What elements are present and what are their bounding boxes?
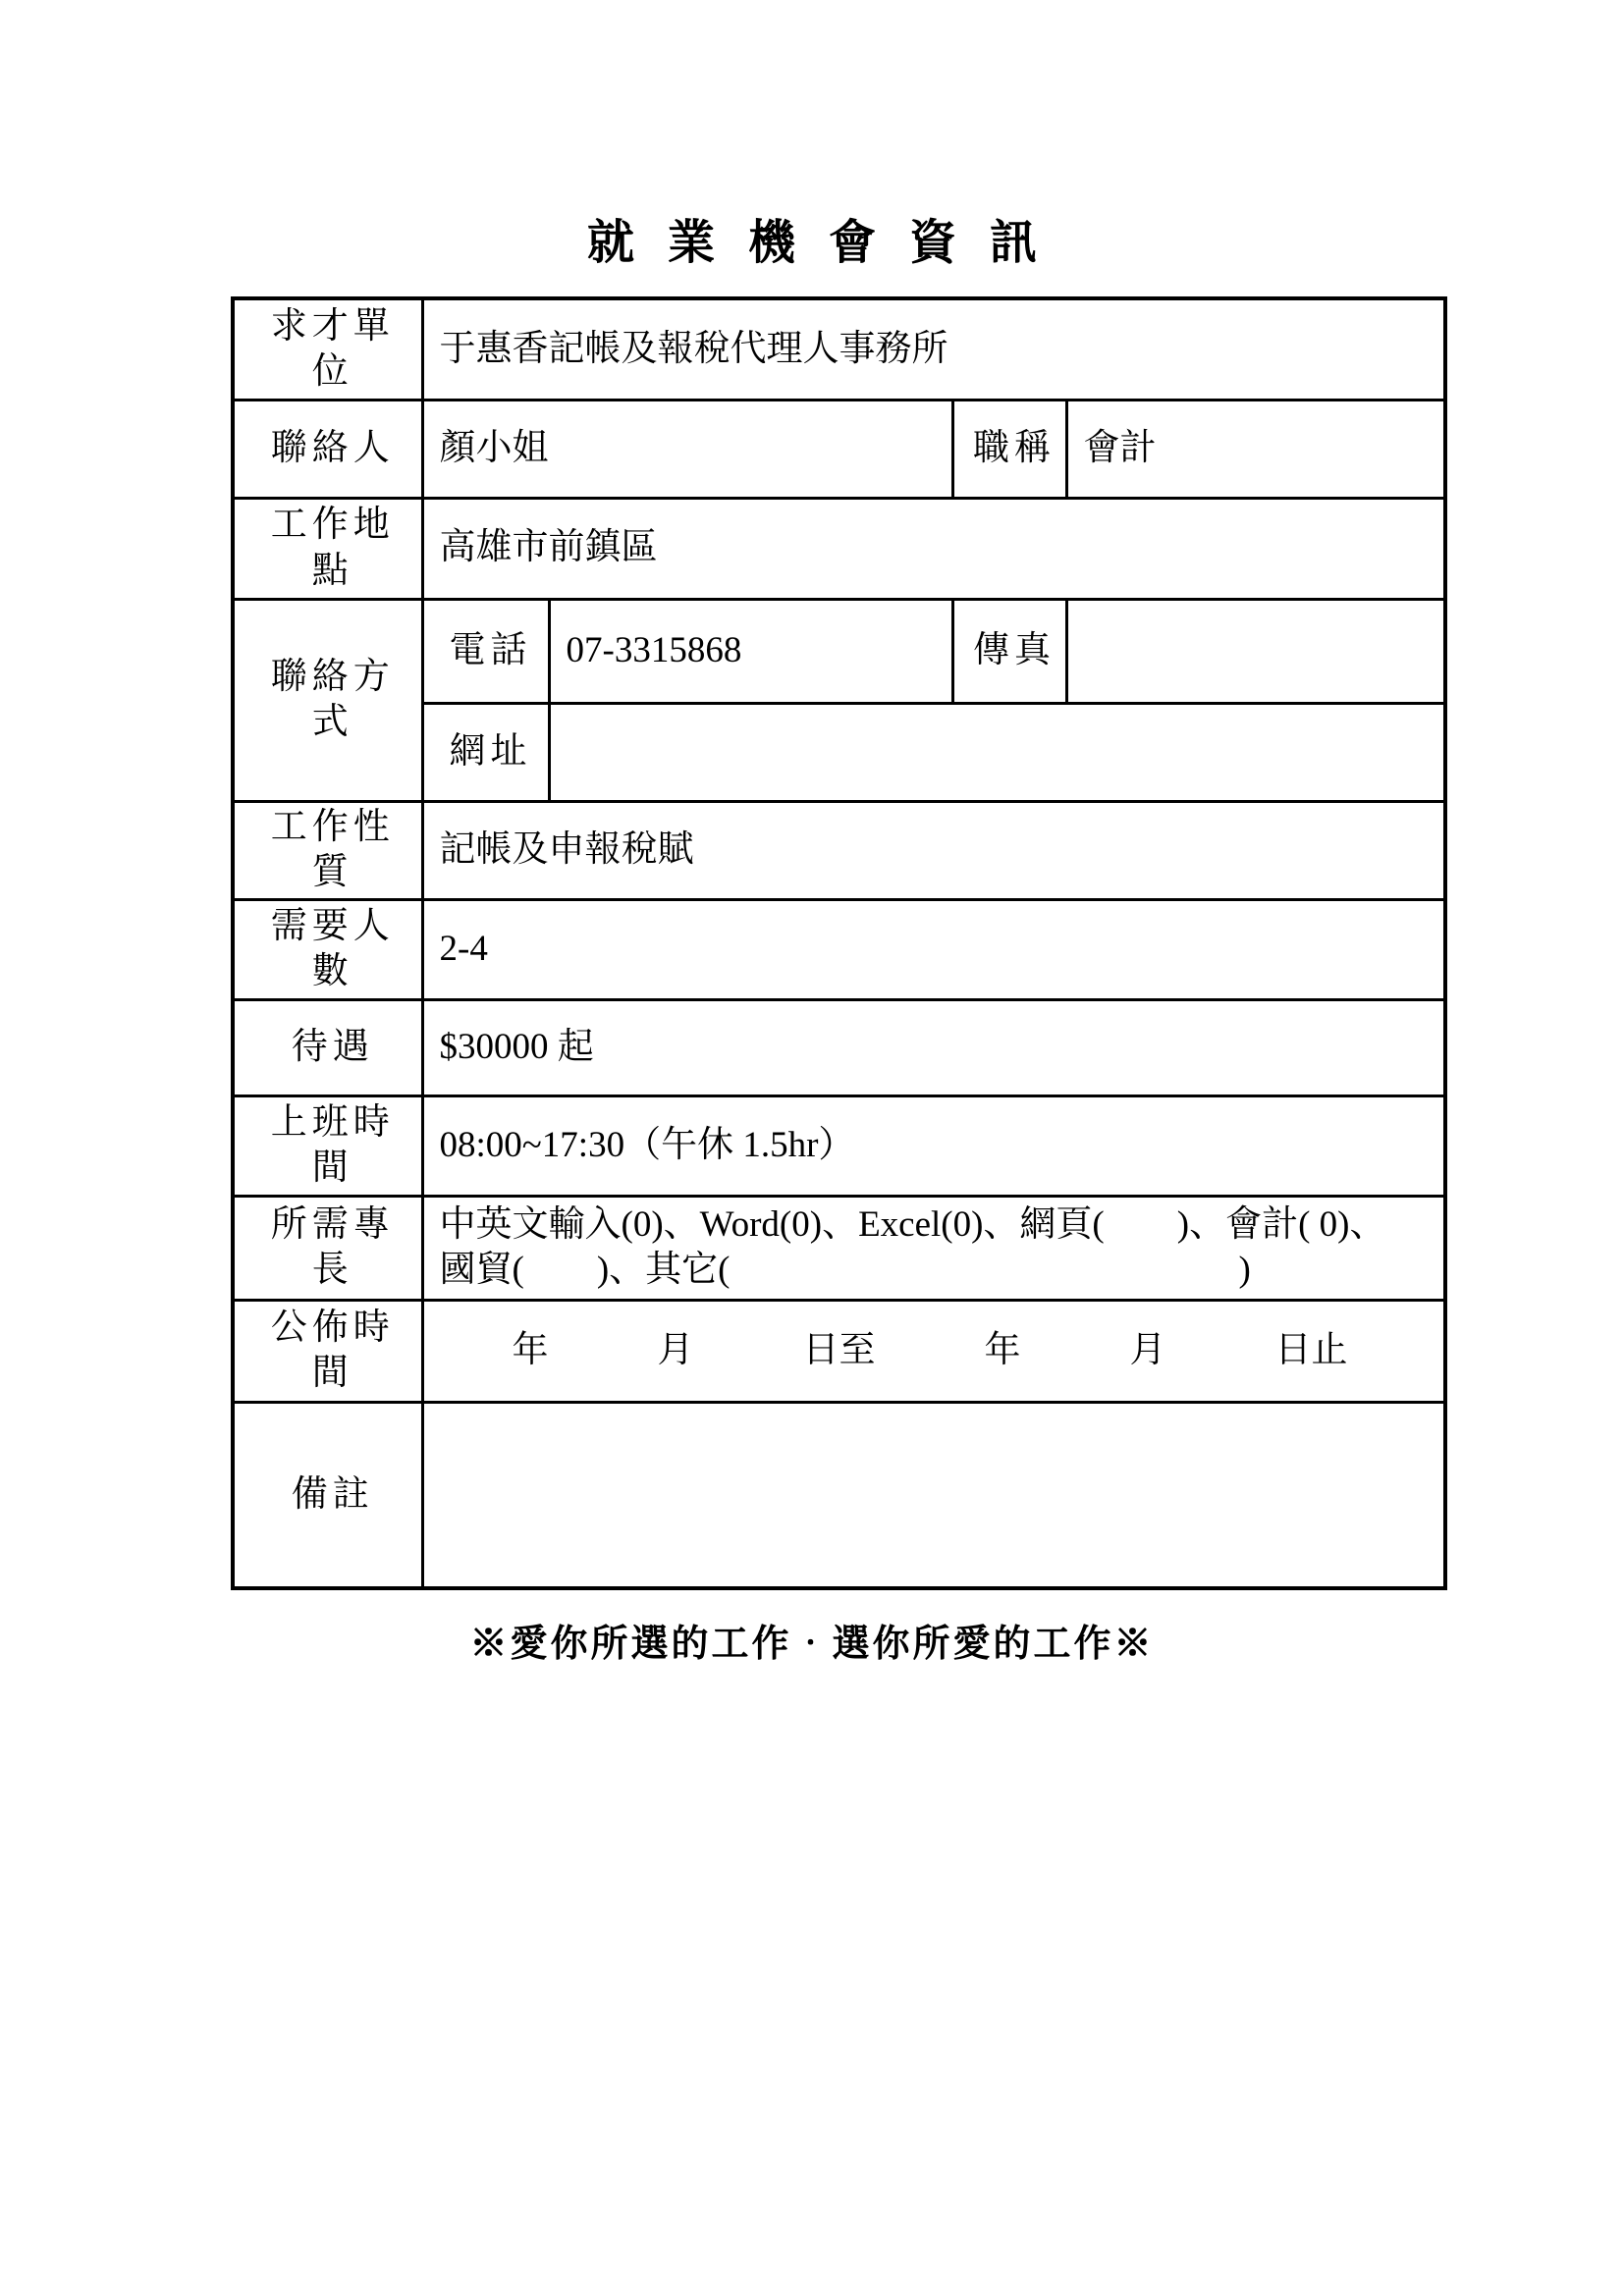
work-hours-label: 上班時間: [233, 1095, 422, 1196]
contact-method-label: 聯絡方式: [233, 599, 422, 801]
salary-label: 待遇: [233, 999, 422, 1095]
skills-label: 所需專長: [233, 1196, 422, 1300]
job-nature-label: 工作性質: [233, 801, 422, 899]
row-contact: 聯絡人 顏小姐 職稱 會計: [233, 400, 1445, 498]
contact-person-value: 顏小姐: [422, 400, 952, 498]
fax-value: [1066, 599, 1445, 703]
footer-note: ※愛你所選的工作‧選你所愛的工作※: [0, 1613, 1624, 1667]
unit-label: 求才單位: [233, 298, 422, 400]
row-publish-period: 公佈時間 年 月 日至 年 月 日止: [233, 1300, 1445, 1402]
website-value: [549, 703, 1445, 801]
row-skills: 所需專長 中英文輸入(0)、Word(0)、Excel(0)、網頁( )、會計(…: [233, 1196, 1445, 1300]
website-label: 網址: [422, 703, 549, 801]
location-label: 工作地點: [233, 498, 422, 599]
job-title-value: 會計: [1066, 400, 1445, 498]
row-job-nature: 工作性質 記帳及申報稅賦: [233, 801, 1445, 899]
remarks-label: 備註: [233, 1402, 422, 1588]
contact-person-label: 聯絡人: [233, 400, 422, 498]
job-nature-value: 記帳及申報稅賦: [422, 801, 1445, 899]
publish-period-value: 年 月 日至 年 月 日止: [422, 1300, 1445, 1402]
salary-value: $30000 起: [422, 999, 1445, 1095]
job-info-table: 求才單位 于惠香記帳及報稅代理人事務所 聯絡人 顏小姐 職稱 會計 工作地點 高…: [231, 296, 1447, 1590]
page-title: 就業機會資訊: [0, 204, 1624, 272]
remarks-value: [422, 1402, 1445, 1588]
row-location: 工作地點 高雄市前鎮區: [233, 498, 1445, 599]
unit-value: 于惠香記帳及報稅代理人事務所: [422, 298, 1445, 400]
work-hours-value: 08:00~17:30（午休 1.5hr）: [422, 1095, 1445, 1196]
row-headcount: 需要人數 2-4: [233, 899, 1445, 999]
publish-period-label: 公佈時間: [233, 1300, 422, 1402]
phone-value: 07-3315868: [549, 599, 952, 703]
headcount-value: 2-4: [422, 899, 1445, 999]
row-salary: 待遇 $30000 起: [233, 999, 1445, 1095]
row-work-hours: 上班時間 08:00~17:30（午休 1.5hr）: [233, 1095, 1445, 1196]
document-page: 就業機會資訊 求才單位 于惠香記帳及報稅代理人事務所 聯絡人 顏小姐 職稱 會計…: [0, 0, 1624, 2296]
skills-value: 中英文輸入(0)、Word(0)、Excel(0)、網頁( )、會計( 0)、 …: [422, 1196, 1445, 1300]
job-title-label: 職稱: [952, 400, 1066, 498]
fax-label: 傳真: [952, 599, 1066, 703]
headcount-label: 需要人數: [233, 899, 422, 999]
row-phone-fax: 聯絡方式 電話 07-3315868 傳真: [233, 599, 1445, 703]
row-remarks: 備註: [233, 1402, 1445, 1588]
phone-label: 電話: [422, 599, 549, 703]
row-unit: 求才單位 于惠香記帳及報稅代理人事務所: [233, 298, 1445, 400]
location-value: 高雄市前鎮區: [422, 498, 1445, 599]
